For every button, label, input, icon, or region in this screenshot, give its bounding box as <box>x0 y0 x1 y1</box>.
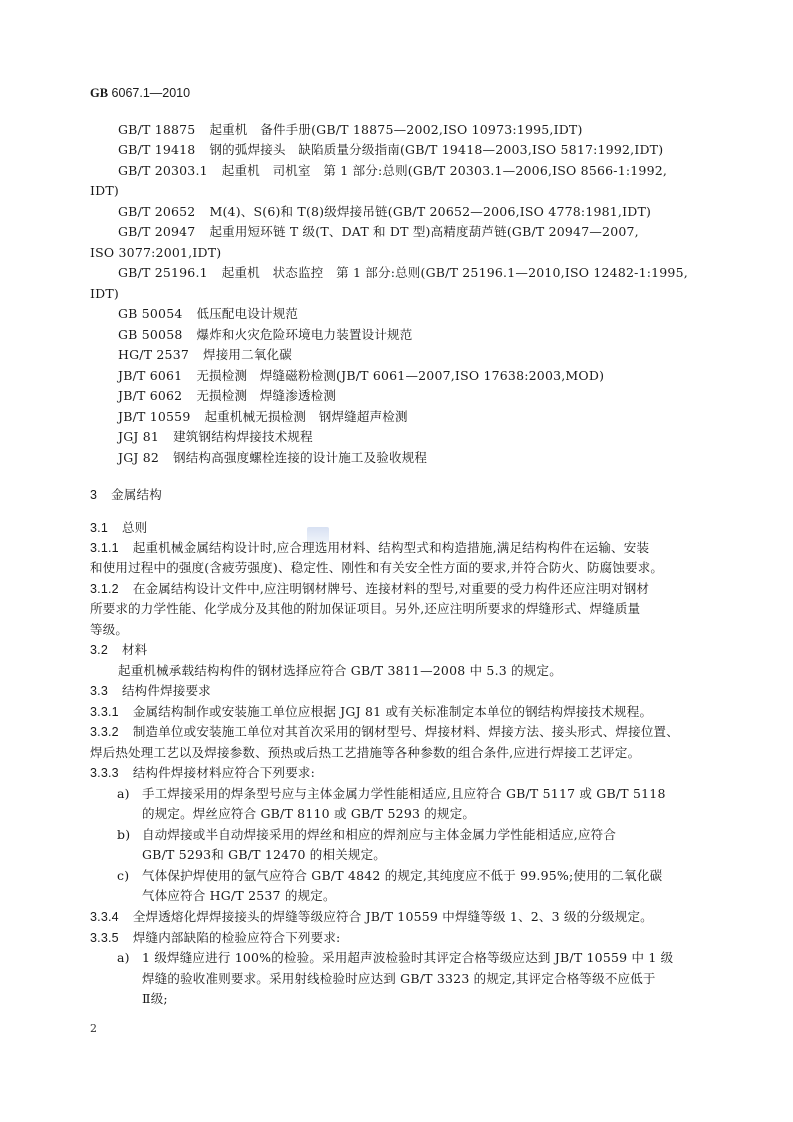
reference-item: HG/T 2537焊接用二氧化碳 <box>118 346 292 364</box>
standard-prefix: GB <box>90 86 108 100</box>
list-item-continuation: 焊缝的验收准则要求。采用射线检验时应达到 GB/T 3323 的规定,其评定合格… <box>142 970 656 988</box>
clause-text: 焊后热处理工艺以及焊接参数、预热或后热工艺措施等各种参数的组合条件,应进行焊接工… <box>90 744 640 762</box>
reference-item: GB/T 18875起重机 备件手册(GB/T 18875—2002,ISO 1… <box>118 121 583 139</box>
reference-item: GB/T 25196.1起重机 状态监控 第 1 部分:总则(GB/T 2519… <box>118 264 688 282</box>
reference-item: GB/T 19418钢的弧焊接头 缺陷质量分级指南(GB/T 19418—200… <box>118 141 663 159</box>
standard-number: 6067.1—2010 <box>112 86 191 100</box>
page-number: 2 <box>90 1022 97 1035</box>
reference-item: GB 50058爆炸和火灾危险环境电力装置设计规范 <box>118 326 412 344</box>
clause-text: 起重机械承载结构构件的钢材选择应符合 GB/T 3811—2008 中 5.3 … <box>118 662 562 680</box>
list-item-continuation: 的规定。焊丝应符合 GB/T 8110 或 GB/T 5293 的规定。 <box>142 805 475 823</box>
clause-3-3-1: 3.3.1金属结构制作或安装施工单位应根据 JGJ 81 或有关标准制定本单位的… <box>90 703 652 721</box>
clause-3-3-2: 3.3.2制造单位或安装施工单位对其首次采用的钢材型号、焊接材料、焊接方法、接头… <box>90 723 679 741</box>
reference-item: GB/T 20947起重用短环链 T 级(T、DAT 和 DT 型)高精度葫芦链… <box>118 223 639 241</box>
list-item-continuation: GB/T 5293和 GB/T 12470 的相关规定。 <box>142 846 386 864</box>
list-item-continuation: Ⅱ级; <box>142 990 168 1008</box>
reference-item: GB/T 20303.1起重机 司机室 第 1 部分:总则(GB/T 20303… <box>118 162 667 180</box>
clause-3-3-5: 3.3.5焊缝内部缺陷的检验应符合下列要求: <box>90 929 340 947</box>
clause-text: 和使用过程中的强度(含疲劳强度)、稳定性、刚性和有关安全性方面的要求,并符合防火… <box>90 559 663 577</box>
list-marker: a) <box>117 949 130 967</box>
reference-item: JB/T 10559起重机械无损检测 钢焊缝超声检测 <box>118 408 408 426</box>
list-marker: a) <box>117 785 130 803</box>
reference-item: JGJ 81建筑钢结构焊接技术规程 <box>118 428 313 446</box>
clause-3-1-1: 3.1.1起重机械金属结构设计时,应合理选用材料、结构型式和构造措施,满足结构构… <box>90 539 649 557</box>
clause-text: 所要求的力学性能、化学成分及其他的附加保证项目。另外,还应注明所要求的焊缝形式、… <box>90 600 640 618</box>
subsection-heading: 3.2材料 <box>90 641 147 659</box>
reference-item-continuation: IDT) <box>90 182 119 200</box>
clause-3-1-2: 3.1.2在金属结构设计文件中,应注明钢材牌号、连接材料的型号,对重要的受力构件… <box>90 580 649 598</box>
list-item: 1 级焊缝应进行 100%的检验。采用超声波检验时其评定合格等级应达到 JB/T… <box>142 949 673 967</box>
reference-item-continuation: IDT) <box>90 285 119 303</box>
list-item: 手工焊接采用的焊条型号应与主体金属力学性能相适应,且应符合 GB/T 5117 … <box>142 785 666 803</box>
list-marker: b) <box>117 826 130 844</box>
clause-3-3-4: 3.3.4全焊透熔化焊焊接接头的焊缝等级应符合 JB/T 10559 中焊缝等级… <box>90 908 653 926</box>
clause-text: 等级。 <box>90 621 128 639</box>
clause-3-3-3: 3.3.3结构件焊接材料应符合下列要求: <box>90 764 315 782</box>
list-item: 气体保护焊使用的氩气应符合 GB/T 4842 的规定,其纯度应不低于 99.9… <box>142 867 662 885</box>
reference-item-continuation: ISO 3077:2001,IDT) <box>90 244 221 262</box>
section-heading: 3金属结构 <box>90 486 162 504</box>
reference-item: JB/T 6061无损检测 焊缝磁粉检测(JB/T 6061—2007,ISO … <box>118 367 604 385</box>
reference-item: GB 50054低压配电设计规范 <box>118 305 298 323</box>
list-item: 自动焊接或半自动焊接采用的焊丝和相应的焊剂应与主体金属力学性能相适应,应符合 <box>142 826 616 844</box>
reference-item: JB/T 6062无损检测 焊缝渗透检测 <box>118 387 336 405</box>
subsection-heading: 3.3结构件焊接要求 <box>90 682 211 700</box>
subsection-heading: 3.1总则 <box>90 519 147 537</box>
document-header: GB 6067.1—2010 <box>90 86 190 101</box>
reference-item: GB/T 20652M(4)、S(6)和 T(8)级焊接吊链(GB/T 2065… <box>118 203 651 221</box>
list-marker: c) <box>117 867 129 885</box>
list-item-continuation: 气体应符合 HG/T 2537 的规定。 <box>142 887 336 905</box>
reference-item: JGJ 82钢结构高强度螺栓连接的设计施工及验收规程 <box>118 449 427 467</box>
